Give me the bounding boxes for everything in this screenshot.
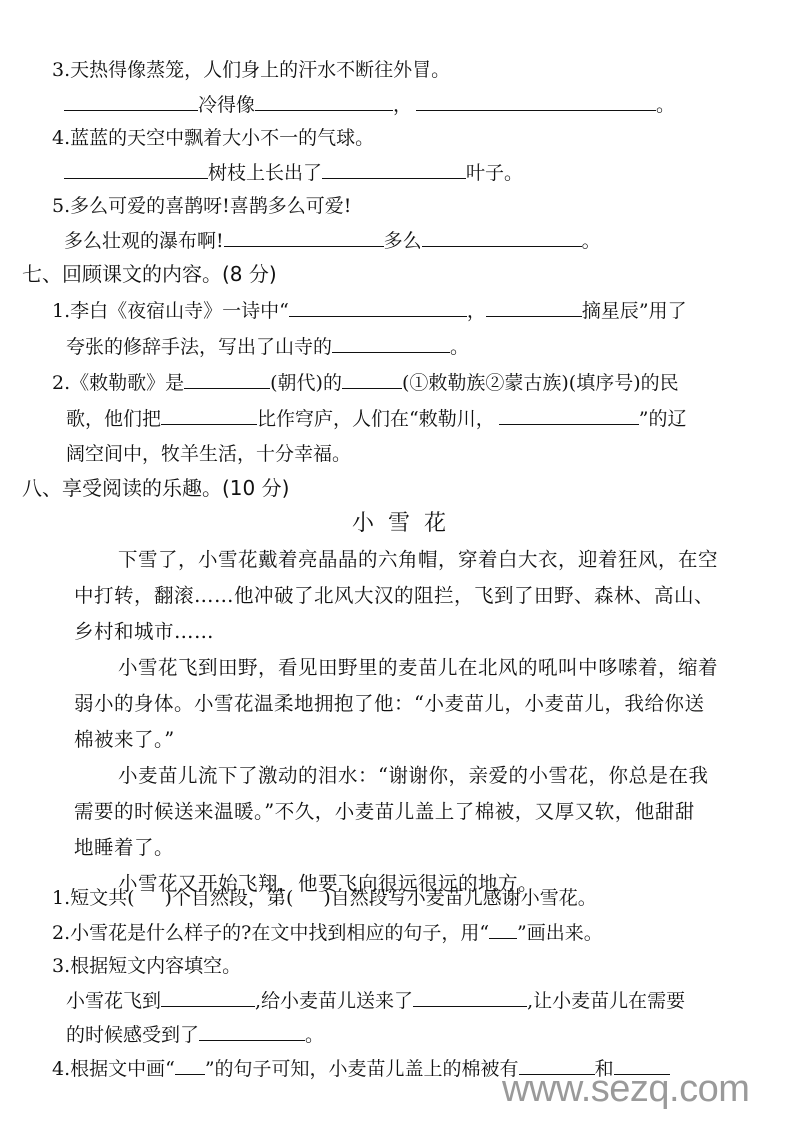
story-p3-l2: 需要的时候送来温暖。”不久，小麦苗儿盖上了棉被，又厚又软，他甜甜 (74, 800, 695, 824)
sec8-q2-a: 2.小雪花是什么样子的?在文中找到相应的句子，用“ (52, 922, 489, 944)
blank[interactable] (332, 334, 450, 353)
sec7-q2-part1: 2.《敕勒歌》是 (52, 372, 184, 394)
q3-end: 。 (656, 94, 675, 116)
sec7-q2-line3: 阔空间中，牧羊生活，十分幸福。 (66, 442, 351, 466)
sec8-q3-l2a: 的时候感受到了 (66, 1024, 199, 1046)
q4-end: 叶子。 (466, 162, 523, 184)
sec8-q1-c: )自然段写小麦苗儿感谢小雪花。 (323, 887, 596, 909)
q5-mid: 多么 (384, 230, 422, 252)
sec7-q2-part2: (朝代)的 (270, 372, 342, 394)
blank[interactable] (161, 988, 255, 1007)
blank[interactable] (64, 92, 198, 111)
underline-symbol (489, 920, 517, 939)
q3-comma: ， (393, 94, 412, 116)
q4-mid: 树枝上长出了 (208, 162, 322, 184)
sec7-q1-part2: 摘星辰”用了 (582, 300, 687, 322)
q3-prompt: 3.天热得像蒸笼，人们身上的汗水不断往外冒。 (52, 58, 450, 82)
sec7-q1-part1: 1.李白《夜宿山寺》一诗中“ (52, 300, 289, 322)
section7-heading: 七、回顾课文的内容。(8 分) (22, 262, 277, 286)
blank[interactable] (413, 988, 527, 1007)
story-p1-l1: 下雪了，小雪花戴着亮晶晶的六角帽，穿着白大衣，迎着狂风，在空 (118, 548, 718, 572)
q3-mid: 冷得像 (198, 94, 255, 116)
story-p2-l3: 棉被来了。” (74, 728, 175, 752)
story-p2-l1: 小雪花飞到田野，看见田野里的麦苗儿在北风的吼叫中哆嗦着，缩着 (118, 656, 718, 680)
sec7-q2-l2c: ”的辽 (639, 408, 687, 430)
q5-start: 多么壮观的瀑布啊! (64, 230, 224, 252)
story-title: 小雪花 (352, 512, 460, 536)
sec7-q1-line2: 夸张的修辞手法，写出了山寺的。 (66, 334, 469, 359)
sec7-q1-comma: ， (467, 300, 486, 322)
sec7-q2-l2b: 比作穹庐，人们在“敕勒川， (257, 408, 495, 430)
blank[interactable] (199, 1022, 305, 1041)
sec8-q3-line2: 的时候感受到了。 (66, 1022, 324, 1047)
q3-answer-line: 冷得像，。 (64, 92, 675, 117)
sec7-q2-line1: 2.《敕勒歌》是(朝代)的(①敕勒族②蒙古族)(填序号)的民 (52, 370, 679, 395)
blank[interactable] (342, 370, 402, 389)
sec8-q2: 2.小雪花是什么样子的?在文中找到相应的句子，用“”画出来。 (52, 920, 603, 945)
story-p1-l2: 中打转，翻滚……他冲破了北风大汉的阻拦，飞到了田野、森林、高山、 (74, 584, 714, 608)
blank[interactable] (224, 228, 384, 247)
sec7-q2-part3: (①敕勒族②蒙古族)(填序号)的民 (402, 372, 679, 394)
section8-heading: 八、享受阅读的乐趣。(10 分) (22, 476, 289, 500)
sec8-q1-a: 1.短文共( (52, 887, 135, 909)
sec8-q3-l1b: ,给小麦苗儿送来了 (255, 990, 413, 1012)
blank[interactable] (486, 298, 582, 317)
q5-answer-line: 多么壮观的瀑布啊!多么。 (64, 228, 601, 253)
sec8-q1-b: )个自然段，第( (165, 887, 294, 909)
sec8-q3-prompt: 3.根据短文内容填空。 (52, 954, 241, 978)
blank[interactable] (255, 92, 393, 111)
blank[interactable] (322, 160, 466, 179)
q4-answer-line: 树枝上长出了叶子。 (64, 160, 523, 185)
sec7-q1-line2-text: 夸张的修辞手法，写出了山寺的 (66, 336, 332, 358)
story-p3-l3: 地睡着了。 (74, 836, 174, 860)
blank[interactable] (184, 370, 270, 389)
watermark: www.sezq.com (502, 1068, 749, 1111)
sec7-q1-line1: 1.李白《夜宿山寺》一诗中“，摘星辰”用了 (52, 298, 687, 323)
sec8-q3-l1c: ,让小麦苗儿在需要 (527, 990, 685, 1012)
sec8-q4-a: 4.根据文中画“ (52, 1058, 175, 1080)
q4-prompt: 4.蓝蓝的天空中飘着大小不一的气球。 (52, 126, 374, 150)
sec8-q2-b: ”画出来。 (517, 922, 603, 944)
story-p3-l1: 小麦苗儿流下了激动的泪水：“谢谢你，亲爱的小雪花，你总是在我 (118, 764, 708, 788)
blank[interactable] (161, 406, 257, 425)
story-p1-l3: 乡村和城市…… (74, 620, 214, 644)
blank[interactable] (499, 406, 639, 425)
sec7-q1-end: 。 (450, 336, 469, 358)
blank[interactable] (64, 160, 208, 179)
blank[interactable] (416, 92, 656, 111)
underline-symbol (175, 1056, 205, 1075)
q5-prompt: 5.多么可爱的喜鹊呀!喜鹊多么可爱! (52, 194, 351, 218)
story-p2-l2: 弱小的身体。小雪花温柔地拥抱了他：“小麦苗儿，小麦苗儿，我给你送 (74, 692, 704, 716)
blank[interactable] (422, 228, 582, 247)
blank[interactable] (289, 298, 467, 317)
sec8-q3-l2b: 。 (305, 1024, 324, 1046)
sec8-q3-line1: 小雪花飞到,给小麦苗儿送来了,让小麦苗儿在需要 (66, 988, 685, 1013)
sec8-q3-l1a: 小雪花飞到 (66, 990, 161, 1012)
sec7-q2-line2: 歌，他们把比作穹庐，人们在“敕勒川，”的辽 (66, 406, 686, 431)
sec8-q1: 1.短文共()个自然段，第()自然段写小麦苗儿感谢小雪花。 (52, 886, 597, 910)
sec7-q2-l2a: 歌，他们把 (66, 408, 161, 430)
sec8-q4-b: ”的句子可知，小麦苗儿盖上的棉被有 (205, 1058, 519, 1080)
q5-end: 。 (582, 230, 601, 252)
